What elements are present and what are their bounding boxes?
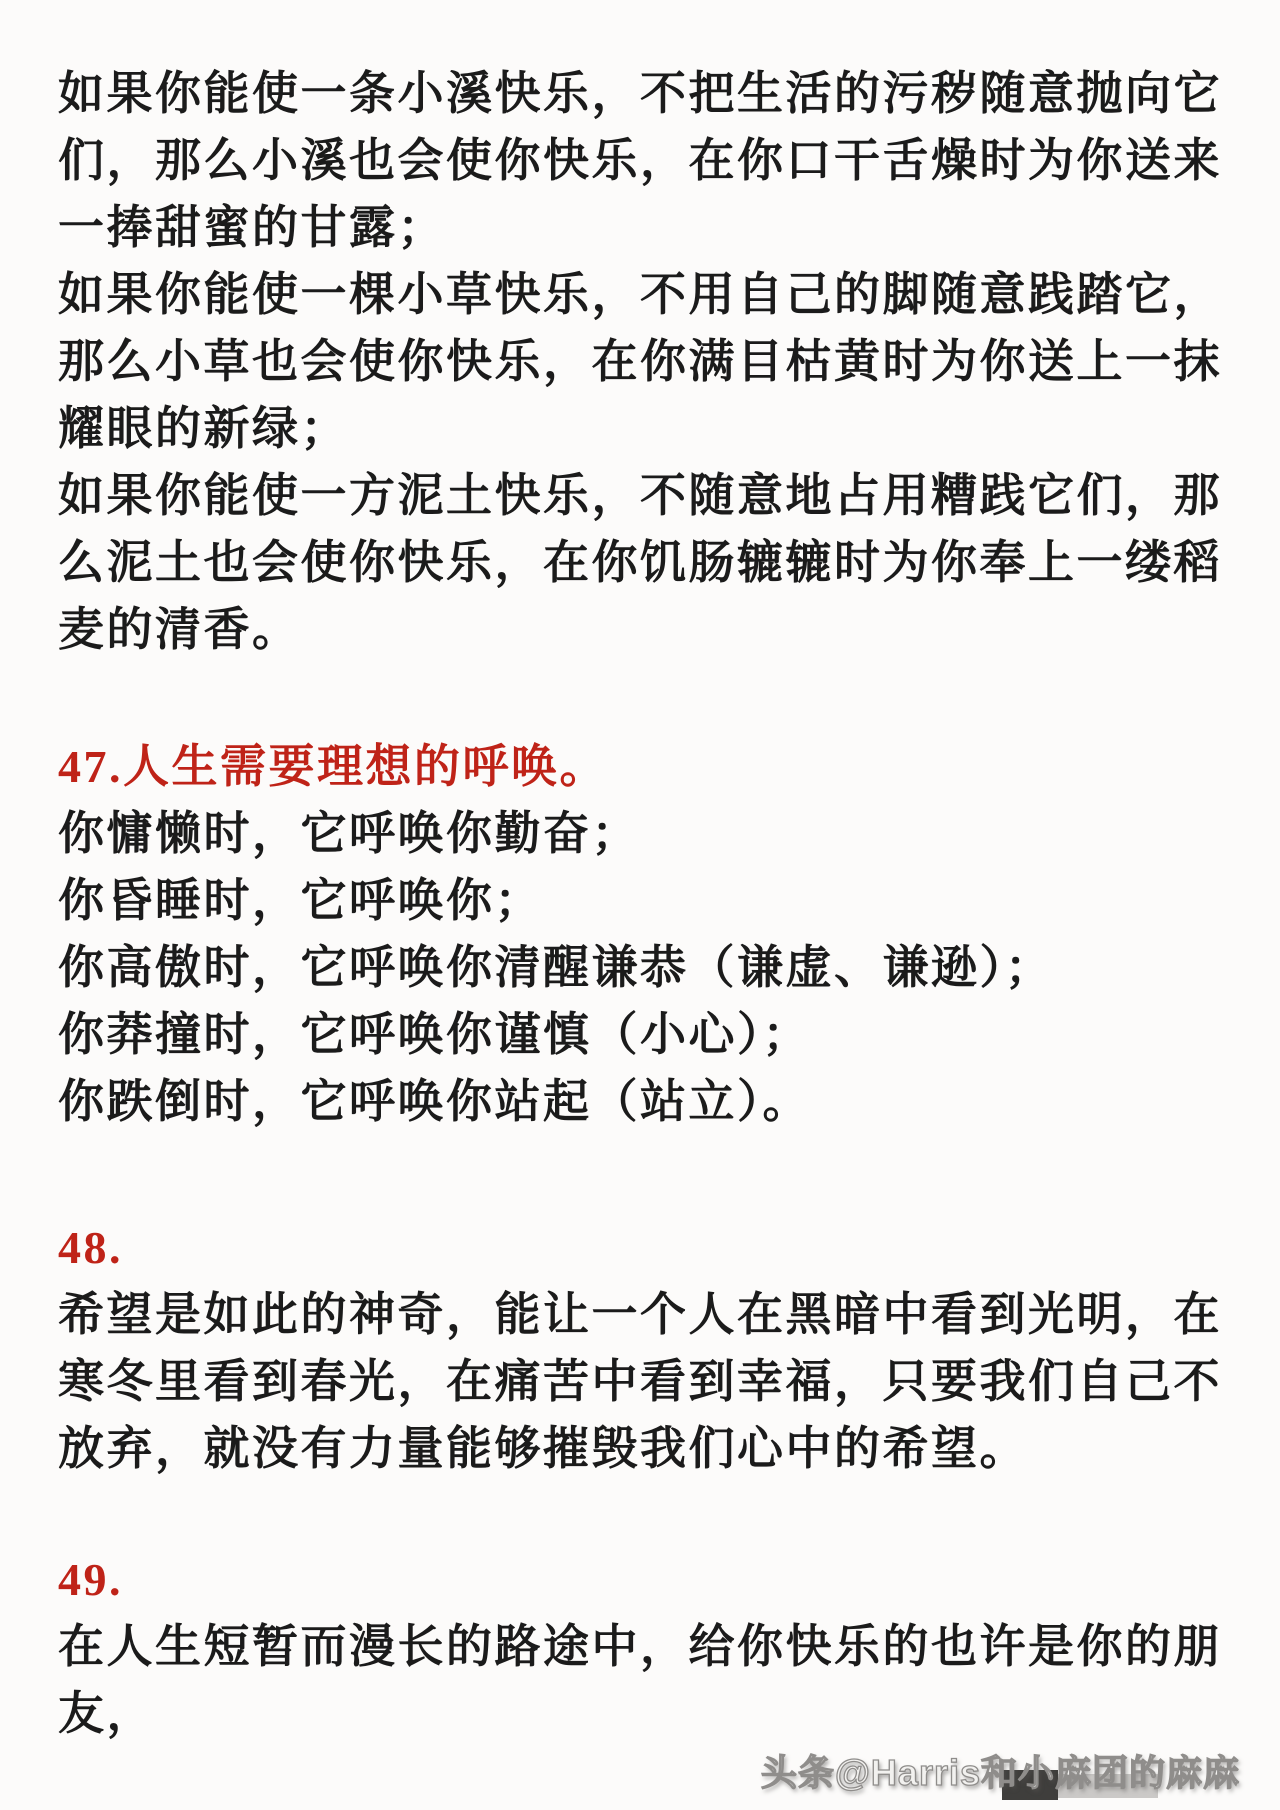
text-line: 一捧甜蜜的甘露； [58,194,1233,261]
section-47: 47.人生需要理想的呼唤。 你慵懒时，它呼唤你勤奋； 你昏睡时，它呼唤你； 你高… [58,733,1233,1135]
text-line: 友， [58,1680,1233,1747]
section-48-heading: 48. [58,1214,1233,1281]
text-line: 如果你能使一条小溪快乐，不把生活的污秽随意抛向它 [58,60,1233,127]
text-line: 你莽撞时，它呼唤你谨慎（小心）； [58,1001,1233,1068]
section-49-heading: 49. [58,1546,1233,1613]
document-page: { "page": { "background_color": "#fcfbfa… [0,0,1280,1810]
text-line: 如果你能使一棵小草快乐，不用自己的脚随意践踏它， [58,261,1233,328]
text-line: 那么小草也会使你快乐，在你满目枯黄时为你送上一抹 [58,328,1233,395]
text-line: 耀眼的新绿； [58,395,1233,462]
text-line: 么泥土也会使你快乐，在你饥肠辘辘时为你奉上一缕稻 [58,529,1233,596]
section-48: 48. 希望是如此的神奇，能让一个人在黑暗中看到光明，在 寒冬里看到春光，在痛苦… [58,1214,1233,1482]
section-49: 49. 在人生短暂而漫长的路途中，给你快乐的也许是你的朋 友， [58,1546,1233,1747]
text-line: 在人生短暂而漫长的路途中，给你快乐的也许是你的朋 [58,1613,1233,1680]
text-line: 你昏睡时，它呼唤你； [58,867,1233,934]
paragraph-block-streams: 如果你能使一条小溪快乐，不把生活的污秽随意抛向它 们，那么小溪也会使你快乐，在你… [58,60,1233,663]
watermark: 头条@Harris和小麻团的麻麻 [761,1745,1240,1796]
text-line: 你慵懒时，它呼唤你勤奋； [58,800,1233,867]
text-line: 希望是如此的神奇，能让一个人在黑暗中看到光明，在 [58,1281,1233,1348]
document-body: 如果你能使一条小溪快乐，不把生活的污秽随意抛向它 们，那么小溪也会使你快乐，在你… [58,60,1233,1747]
text-line: 麦的清香。 [58,596,1233,663]
text-line: 你跌倒时，它呼唤你站起（站立）。 [58,1068,1233,1135]
text-line: 们，那么小溪也会使你快乐，在你口干舌燥时为你送来 [58,127,1233,194]
section-47-heading: 47.人生需要理想的呼唤。 [58,733,1233,800]
text-line: 放弃，就没有力量能够摧毁我们心中的希望。 [58,1415,1233,1482]
text-line: 如果你能使一方泥土快乐，不随意地占用糟践它们，那 [58,462,1233,529]
text-line: 寒冬里看到春光，在痛苦中看到幸福，只要我们自己不 [58,1348,1233,1415]
text-line: 你高傲时，它呼唤你清醒谦恭（谦虚、谦逊）； [58,934,1233,1001]
